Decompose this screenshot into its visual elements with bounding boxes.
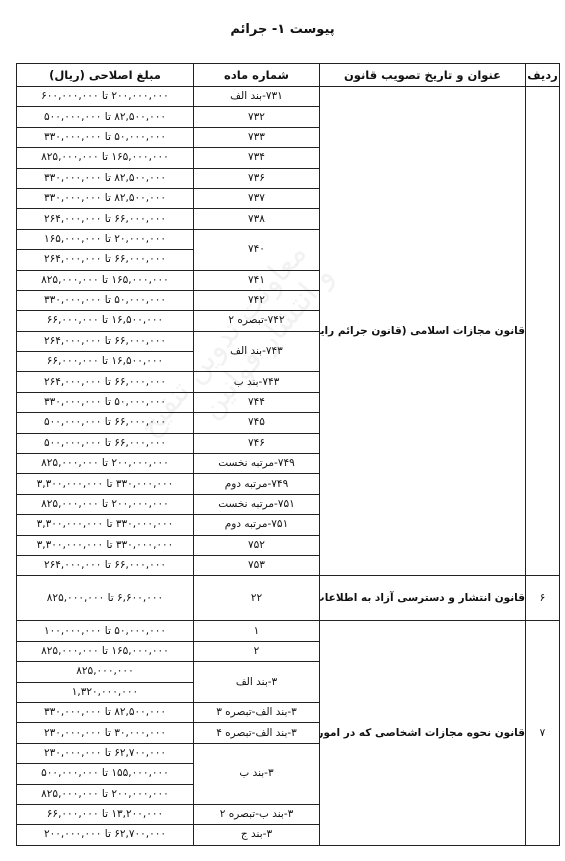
amount-cell: ۵۰,۰۰۰,۰۰۰ تا ۳۳۰,۰۰۰,۰۰۰ [17,290,194,310]
article-number-cell: ۳-بند ب-تبصره ۲ [194,804,320,824]
table-body: قانون مجازات اسلامی (قانون جرائم رایانه‌… [17,87,560,846]
amount-cell: ۱۶,۵۰۰,۰۰۰ تا ۶۶,۰۰۰,۰۰۰ [17,311,194,331]
amount-cell: ۳۰,۰۰۰,۰۰۰ تا ۲۳۰,۰۰۰,۰۰۰ [17,723,194,743]
amount-cell: ۶۶,۰۰۰,۰۰۰ تا ۲۶۴,۰۰۰,۰۰۰ [17,250,194,270]
article-number-cell: ۷۴۰ [194,229,320,270]
amount-cell: ۶۶,۰۰۰,۰۰۰ تا ۵۰۰,۰۰۰,۰۰۰ [17,413,194,433]
amount-cell: ۱۶۵,۰۰۰,۰۰۰ تا ۸۲۵,۰۰۰,۰۰۰ [17,270,194,290]
article-number-cell: ۳-بند ب [194,743,320,804]
article-number-cell: ۷۴۹-مرتبه دوم [194,474,320,494]
amount-cell: ۲۰۰,۰۰۰,۰۰۰ تا ۸۲۵,۰۰۰,۰۰۰ [17,494,194,514]
article-number-cell: ۷۳۲ [194,107,320,127]
article-number-cell: ۷۴۶ [194,433,320,453]
amount-cell: ۸۲,۵۰۰,۰۰۰ تا ۳۳۰,۰۰۰,۰۰۰ [17,702,194,722]
row-number-cell: ۶ [526,576,560,621]
article-number-cell: ۷۴۵ [194,413,320,433]
law-title-cell: قانون مجازات اسلامی (قانون جرائم رایانه‌… [320,87,526,576]
amount-cell: ۶۲,۷۰۰,۰۰۰ تا ۲۰۰,۰۰۰,۰۰۰ [17,825,194,845]
article-number-cell: ۷۳۴ [194,148,320,168]
amount-cell: ۱۵۵,۰۰۰,۰۰۰ تا ۵۰۰,۰۰۰,۰۰۰ [17,764,194,784]
article-number-cell: ۳-بند ج [194,825,320,845]
amount-cell: ۲۰,۰۰۰,۰۰۰ تا ۱۶۵,۰۰۰,۰۰۰ [17,229,194,249]
amount-cell: ۸۲۵,۰۰۰,۰۰۰ [17,662,194,682]
article-number-cell: ۲ [194,641,320,661]
article-number-cell: ۲۲ [194,576,320,621]
amount-cell: ۶۲,۷۰۰,۰۰۰ تا ۲۳۰,۰۰۰,۰۰۰ [17,743,194,763]
amount-cell: ۱۶۵,۰۰۰,۰۰۰ تا ۸۲۵,۰۰۰,۰۰۰ [17,641,194,661]
amount-cell: ۱۶۵,۰۰۰,۰۰۰ تا ۸۲۵,۰۰۰,۰۰۰ [17,148,194,168]
article-number-cell: ۷۴۴ [194,392,320,412]
amount-cell: ۶۶,۰۰۰,۰۰۰ تا ۲۶۴,۰۰۰,۰۰۰ [17,209,194,229]
table-row: قانون مجازات اسلامی (قانون جرائم رایانه‌… [17,87,560,107]
law-title-cell: قانون نحوه مجازات اشخاصی که در امور سمعی… [320,621,526,845]
amount-cell: ۱۳,۲۰۰,۰۰۰ تا ۶۶,۰۰۰,۰۰۰ [17,804,194,824]
header-amount: مبلغ اصلاحی (ریال) [17,64,194,87]
table-header-row: ردیف عنوان و تاریخ تصویب قانون شماره ماد… [17,64,560,87]
amount-cell: ۶۶,۰۰۰,۰۰۰ تا ۲۶۴,۰۰۰,۰۰۰ [17,372,194,392]
header-law-title: عنوان و تاریخ تصویب قانون [320,64,526,87]
amount-cell: ۲۰۰,۰۰۰,۰۰۰ تا ۸۲۵,۰۰۰,۰۰۰ [17,454,194,474]
article-number-cell: ۷۴۱ [194,270,320,290]
amount-cell: ۲۰۰,۰۰۰,۰۰۰ تا ۶۰۰,۰۰۰,۰۰۰ [17,87,194,107]
amount-cell: ۶۶,۰۰۰,۰۰۰ تا ۲۶۴,۰۰۰,۰۰۰ [17,555,194,575]
article-number-cell: ۷۳۶ [194,168,320,188]
row-number-cell [526,87,560,576]
article-number-cell: ۷۴۳-بند الف [194,331,320,372]
article-number-cell: ۳-بند الف-تبصره ۳ [194,702,320,722]
amount-cell: ۸۲,۵۰۰,۰۰۰ تا ۵۰۰,۰۰۰,۰۰۰ [17,107,194,127]
amount-cell: ۱,۳۲۰,۰۰۰,۰۰۰ [17,682,194,702]
article-number-cell: ۷۵۱-مرتبه دوم [194,515,320,535]
article-number-cell: ۷۵۱-مرتبه نخست [194,494,320,514]
article-number-cell: ۷۵۲ [194,535,320,555]
amount-cell: ۱۶,۵۰۰,۰۰۰ تا ۶۶,۰۰۰,۰۰۰ [17,352,194,372]
article-number-cell: ۷۴۹-مرتبه نخست [194,454,320,474]
amount-cell: ۲۰۰,۰۰۰,۰۰۰ تا ۸۲۵,۰۰۰,۰۰۰ [17,784,194,804]
row-number-cell: ۷ [526,621,560,845]
article-number-cell: ۷۳۸ [194,209,320,229]
article-number-cell: ۱ [194,621,320,641]
amount-cell: ۸۲,۵۰۰,۰۰۰ تا ۳۳۰,۰۰۰,۰۰۰ [17,188,194,208]
amount-cell: ۵۰,۰۰۰,۰۰۰ تا ۱۰۰,۰۰۰,۰۰۰ [17,621,194,641]
amount-cell: ۶۶,۰۰۰,۰۰۰ تا ۵۰۰,۰۰۰,۰۰۰ [17,433,194,453]
article-number-cell: ۷۳۱-بند الف [194,87,320,107]
amount-cell: ۳۳۰,۰۰۰,۰۰۰ تا ۳,۳۰۰,۰۰۰,۰۰۰ [17,535,194,555]
article-number-cell: ۷۳۷ [194,188,320,208]
table-row: ۶قانون انتشار و دسترسی آزاد به اطلاعات م… [17,576,560,621]
article-number-cell: ۷۵۳ [194,555,320,575]
amount-cell: ۳۳۰,۰۰۰,۰۰۰ تا ۳,۳۰۰,۰۰۰,۰۰۰ [17,474,194,494]
amount-cell: ۳۳۰,۰۰۰,۰۰۰ تا ۳,۳۰۰,۰۰۰,۰۰۰ [17,515,194,535]
amount-cell: ۵۰,۰۰۰,۰۰۰ تا ۳۳۰,۰۰۰,۰۰۰ [17,392,194,412]
header-row-number: ردیف [526,64,560,87]
article-number-cell: ۷۴۳-بند ب [194,372,320,392]
fines-table: ردیف عنوان و تاریخ تصویب قانون شماره ماد… [16,63,560,846]
article-number-cell: ۳-بند الف [194,662,320,703]
article-number-cell: ۳-بند الف-تبصره ۴ [194,723,320,743]
article-number-cell: ۷۴۲-تبصره ۲ [194,311,320,331]
header-article-number: شماره ماده [194,64,320,87]
article-number-cell: ۷۳۳ [194,127,320,147]
page-title: پیوست ۱- جرائم [0,22,565,37]
law-title-cell: قانون انتشار و دسترسی آزاد به اطلاعات مص… [320,576,526,621]
amount-cell: ۸۲,۵۰۰,۰۰۰ تا ۳۳۰,۰۰۰,۰۰۰ [17,168,194,188]
amount-cell: ۶,۶۰۰,۰۰۰ تا ۸۲۵,۰۰۰,۰۰۰ [17,576,194,621]
table-row: ۷قانون نحوه مجازات اشخاصی که در امور سمع… [17,621,560,641]
article-number-cell: ۷۴۲ [194,290,320,310]
amount-cell: ۶۶,۰۰۰,۰۰۰ تا ۲۶۴,۰۰۰,۰۰۰ [17,331,194,351]
amount-cell: ۵۰,۰۰۰,۰۰۰ تا ۳۳۰,۰۰۰,۰۰۰ [17,127,194,147]
